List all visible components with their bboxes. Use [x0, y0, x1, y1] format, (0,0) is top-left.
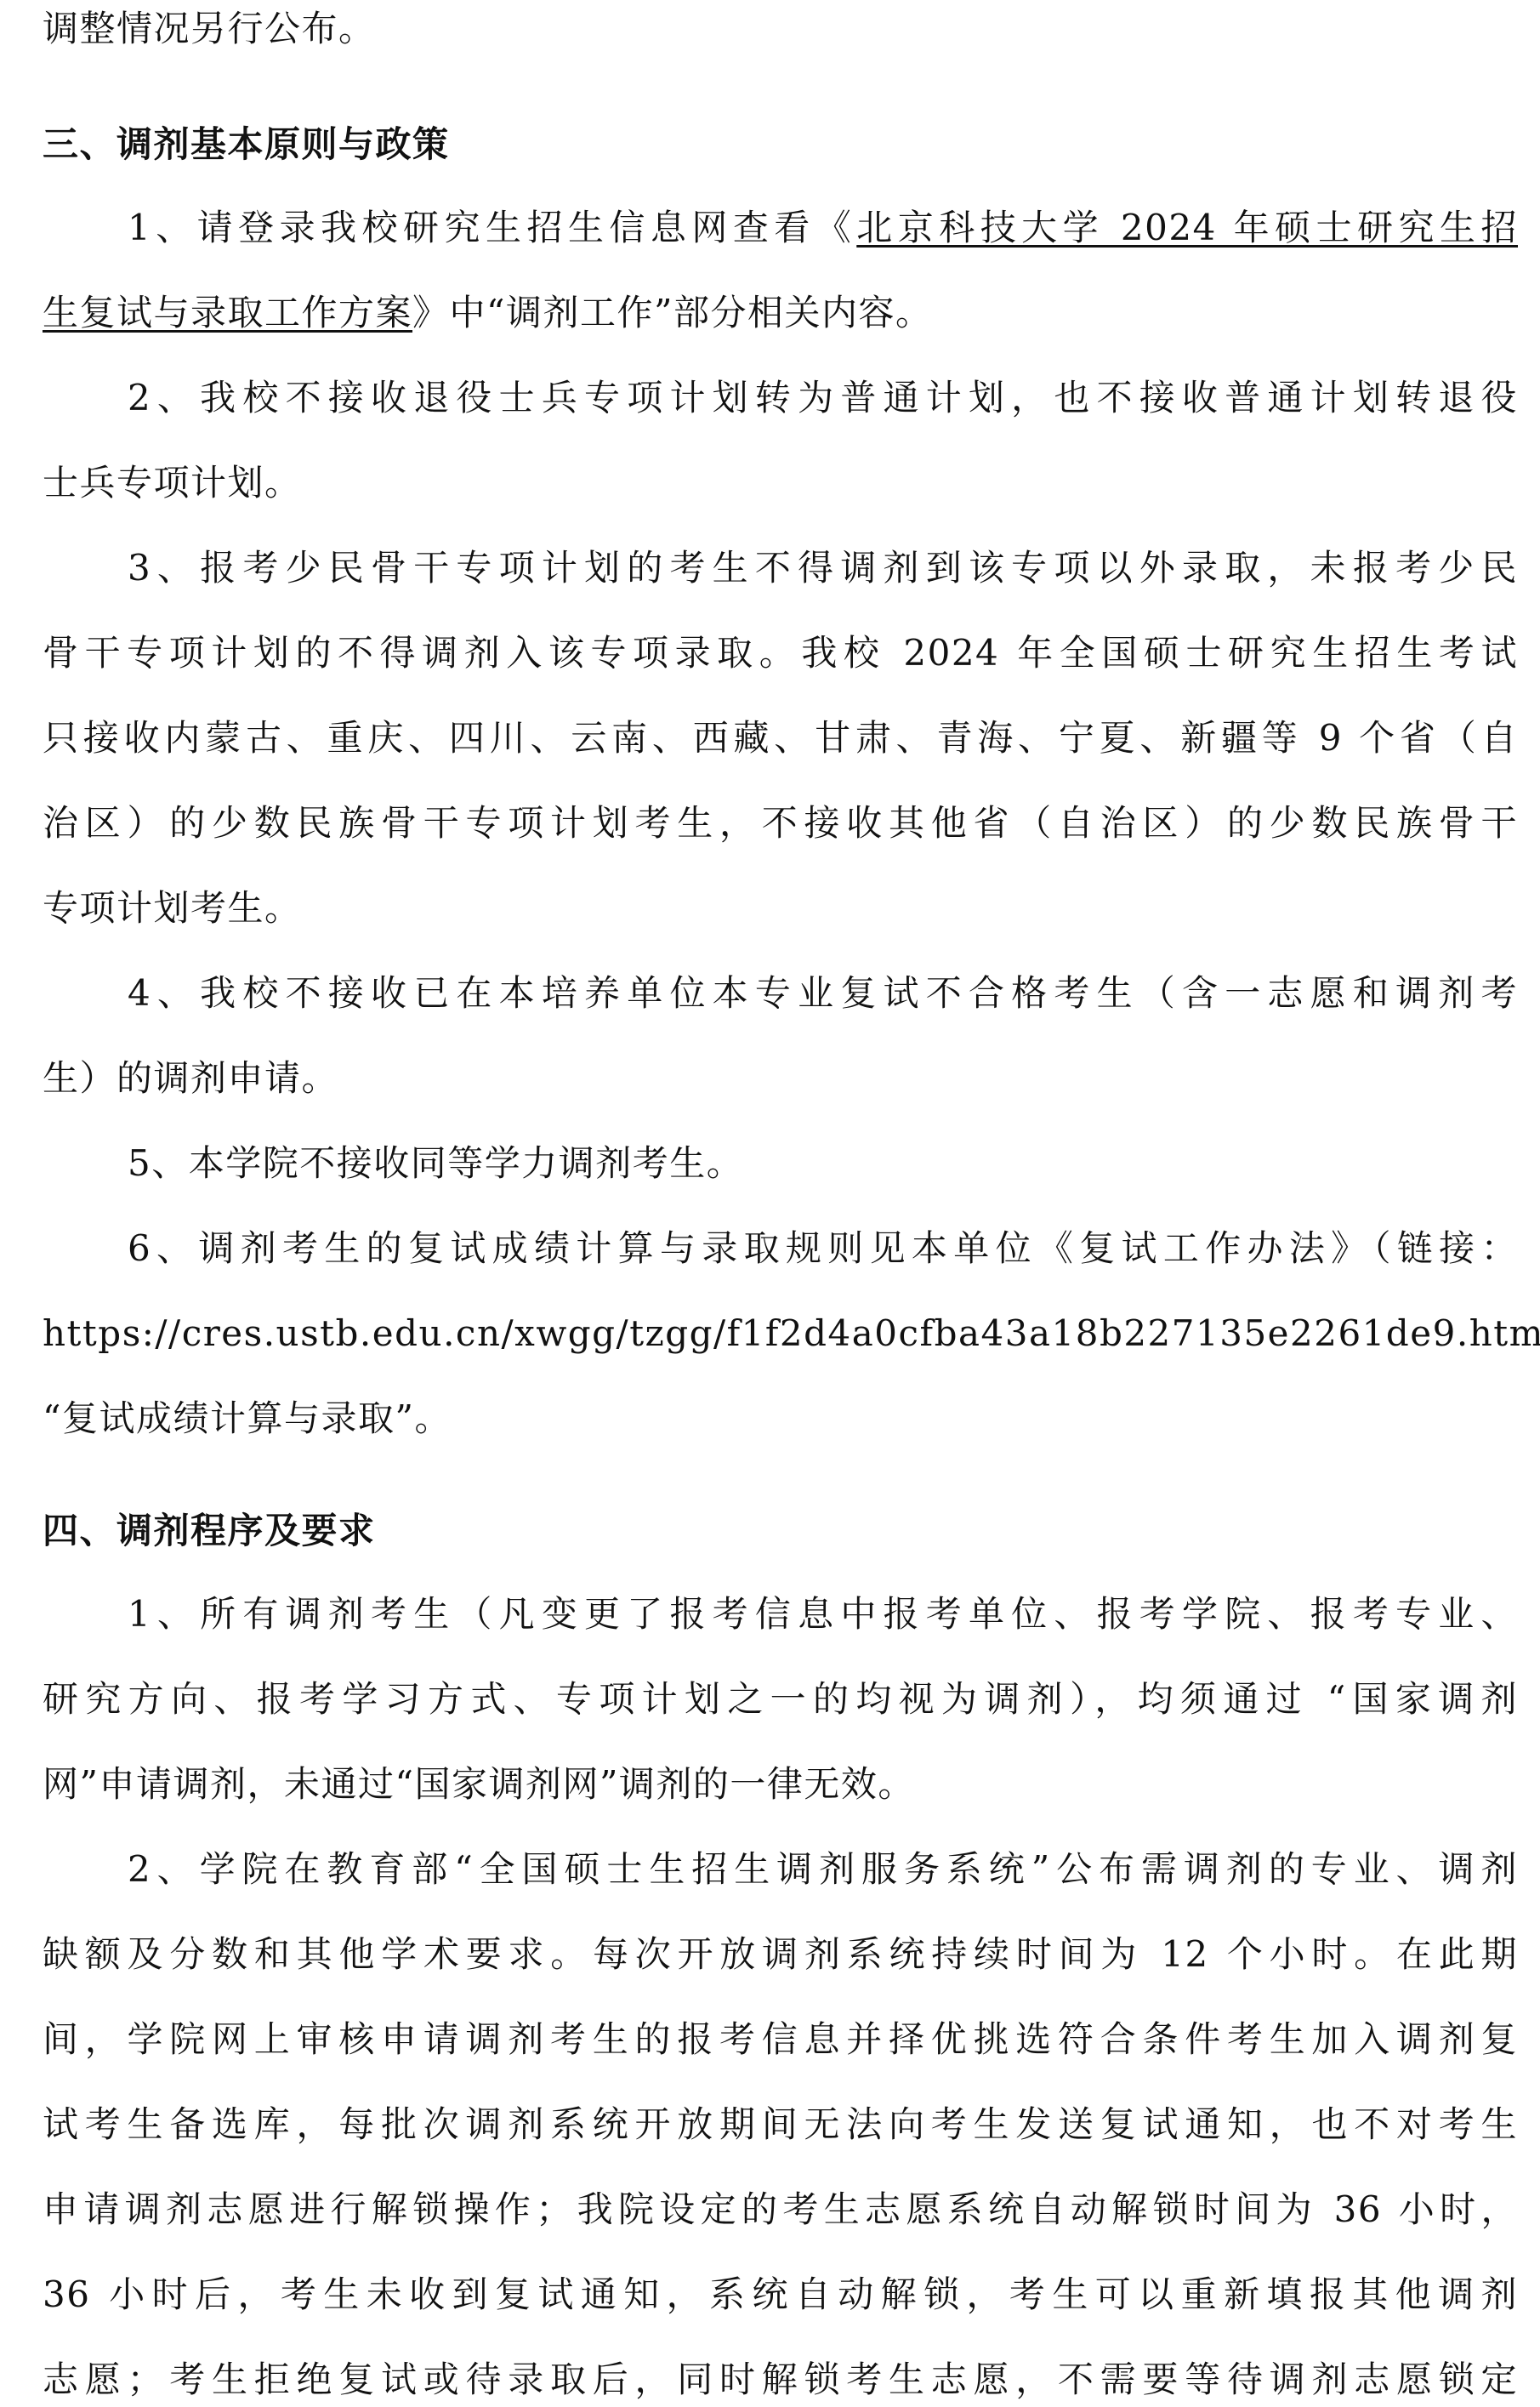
text-line: 4、我校不接收已在本培养单位本专业复试不合格考生（含一志愿和调剂考	[128, 968, 1518, 1019]
plan-link[interactable]: 北京科技大学 2024 年硕士研究生招	[856, 207, 1518, 248]
text-line: 申请调剂志愿进行解锁操作；我院设定的考生志愿系统自动解锁时间为 36 小时，	[43, 2184, 1518, 2235]
plan-link[interactable]: 生复试与录取工作方案	[43, 292, 412, 333]
text-line: 6、调剂考生的复试成绩计算与录取规则见本单位《复试工作办法》（链接：	[128, 1223, 1518, 1274]
url-line[interactable]: https://cres.ustb.edu.cn/xwgg/tzgg/f1f2d…	[43, 1308, 1518, 1359]
text-line: 调整情况另行公布。	[43, 3, 376, 54]
text-line: 生）的调剂申请。	[43, 1053, 338, 1104]
text-line: 5、本学院不接收同等学力调剂考生。	[128, 1138, 743, 1189]
text-line: 间，学院网上审核申请调剂考生的报考信息并择优挑选符合条件考生加入调剂复	[43, 2014, 1518, 2065]
text-line: “复试成绩计算与录取”。	[43, 1393, 452, 1444]
text-line: 只接收内蒙古、重庆、四川、云南、西藏、甘肃、青海、宁夏、新疆等 9 个省（自	[43, 713, 1518, 764]
text-line: 士兵专项计划。	[43, 458, 302, 509]
text-line: 研究方向、报考学习方式、专项计划之一的均视为调剂），均须通过 “国家调剂	[43, 1674, 1518, 1725]
section-heading-3: 三、调剂基本原则与政策	[43, 119, 450, 170]
text-line: 志愿；考生拒绝复试或待录取后，同时解锁考生志愿，不需要等待调剂志愿锁定	[43, 2354, 1518, 2405]
text-line: 治区）的少数民族骨干专项计划考生，不接收其他省（自治区）的少数民族骨干	[43, 798, 1518, 849]
text-line: 生复试与录取工作方案》中“调剂工作”部分相关内容。	[43, 287, 932, 339]
section-heading-4: 四、调剂程序及要求	[43, 1505, 376, 1556]
text-line: 2、学院在教育部“全国硕士生招生调剂服务系统”公布需调剂的专业、调剂	[128, 1844, 1518, 1895]
text-line: 网”申请调剂，未通过“国家调剂网”调剂的一律无效。	[43, 1759, 915, 1810]
text-line: 缺额及分数和其他学术要求。每次开放调剂系统持续时间为 12 个小时。在此期	[43, 1929, 1518, 1980]
text-line: 专项计划考生。	[43, 883, 302, 934]
text-line: 1、所有调剂考生（凡变更了报考信息中报考单位、报考学院、报考专业、	[128, 1589, 1518, 1640]
text-line: 骨干专项计划的不得调剂入该专项录取。我校 2024 年全国硕士研究生招生考试	[43, 628, 1518, 679]
text-line: 36 小时后，考生未收到复试通知，系统自动解锁，考生可以重新填报其他调剂	[43, 2269, 1518, 2320]
text-line: 1、请登录我校研究生招生信息网查看《北京科技大学 2024 年硕士研究生招	[128, 202, 1518, 253]
text-line: 试考生备选库，每批次调剂系统开放期间无法向考生发送复试通知，也不对考生	[43, 2099, 1518, 2150]
text-line: 2、我校不接收退役士兵专项计划转为普通计划，也不接收普通计划转退役	[128, 373, 1518, 424]
text-line: 3、报考少民骨干专项计划的考生不得调剂到该专项以外录取，未报考少民	[128, 543, 1518, 594]
